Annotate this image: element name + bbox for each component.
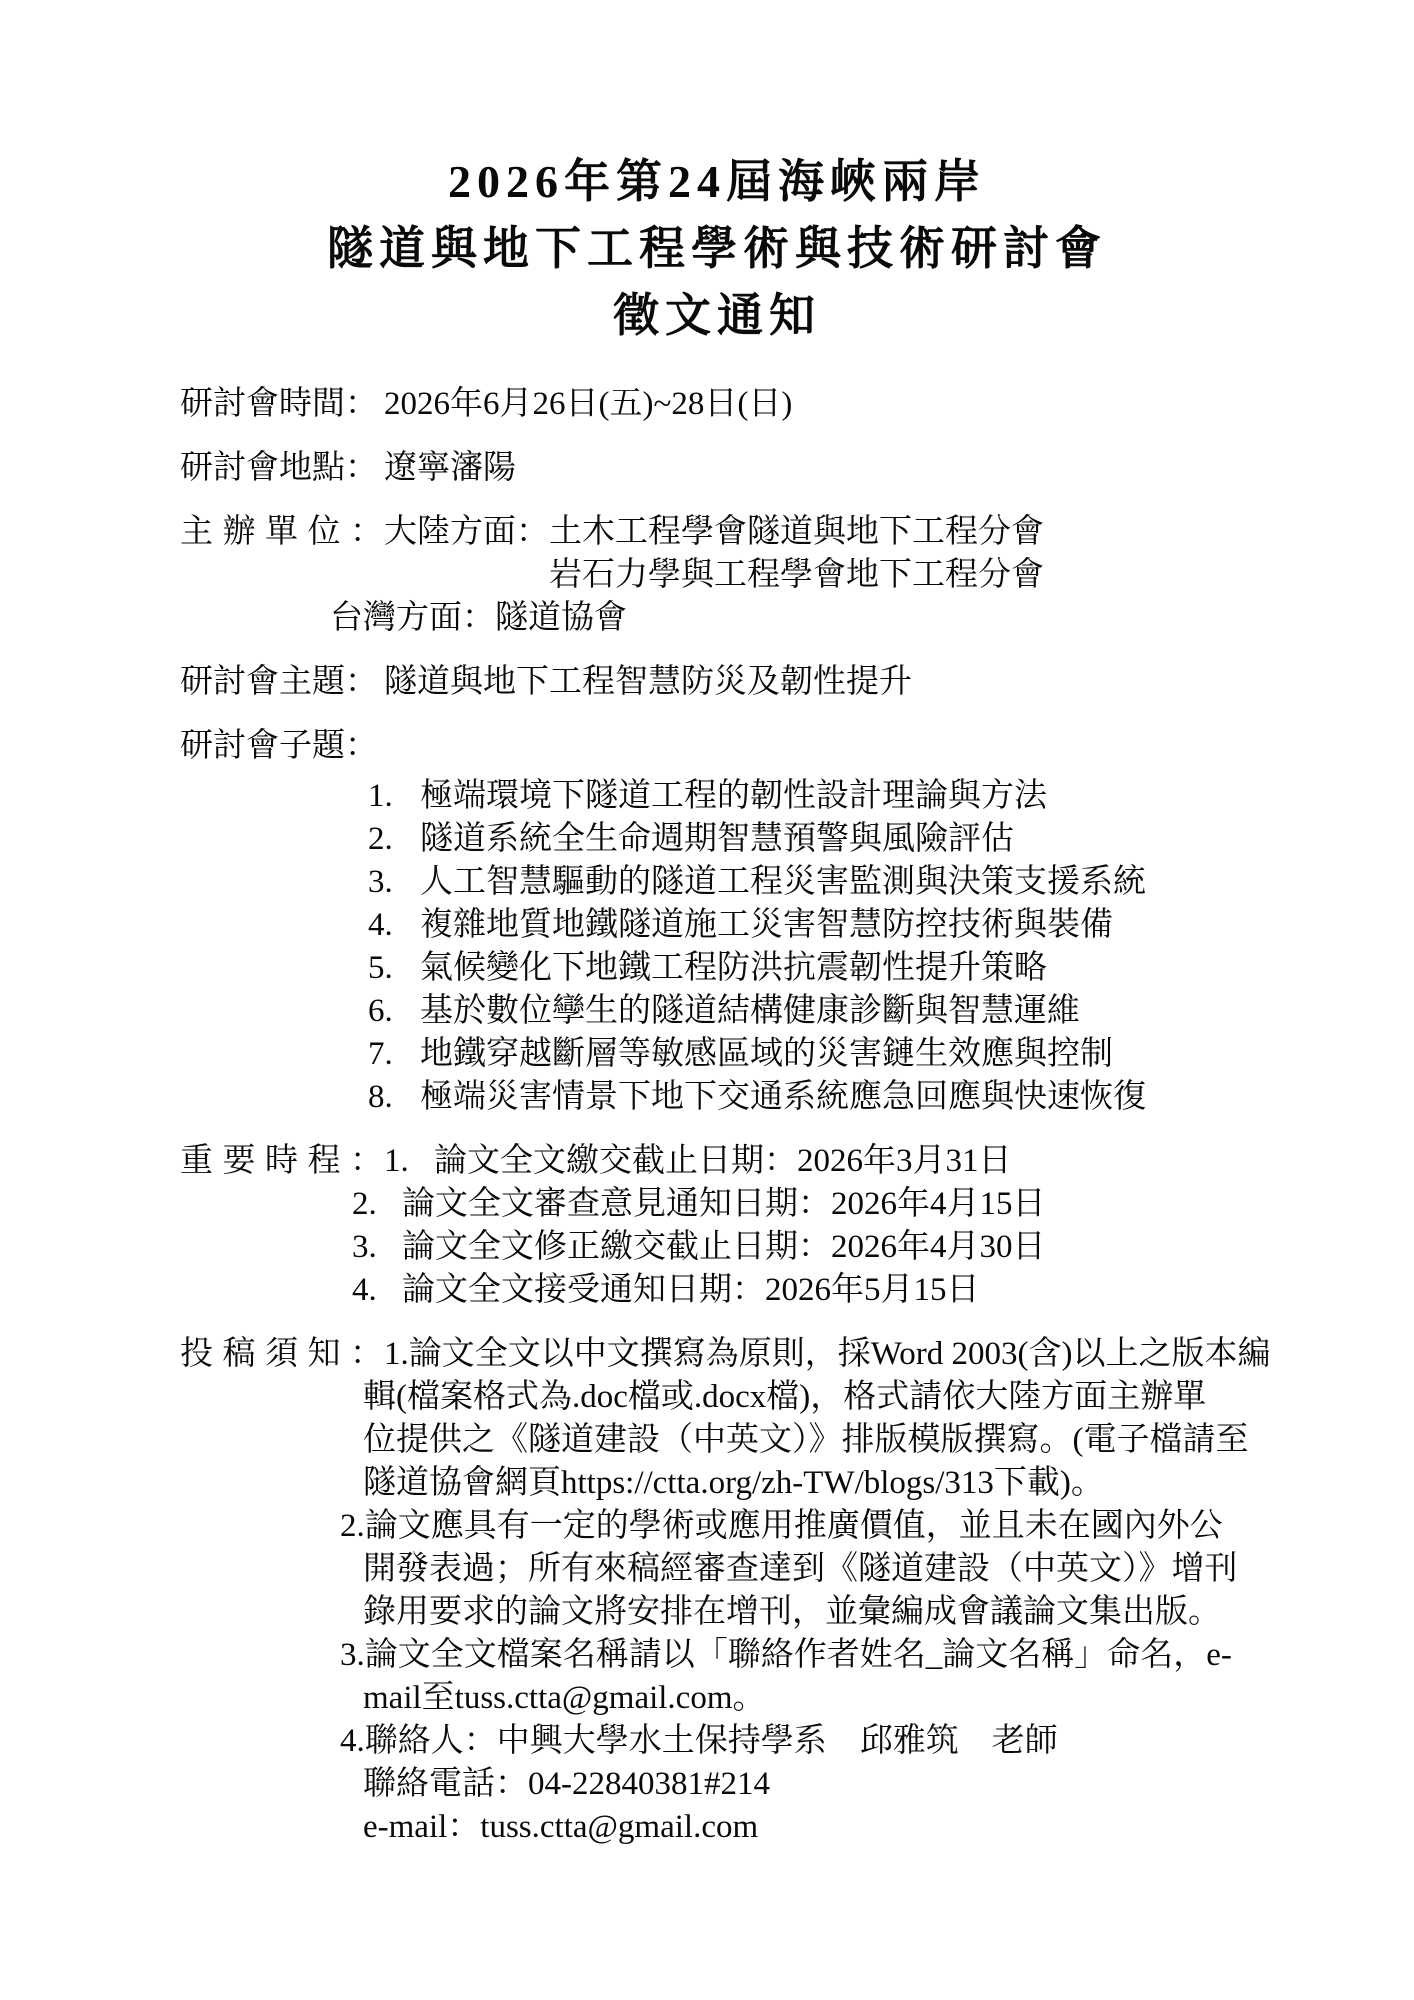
- schedule-text-4: 論文全文接受通知日期：2026年5月15日: [402, 1272, 980, 1308]
- subtopic-text-2: 隧道系統全生命週期智慧預警與風險評估: [420, 821, 1014, 857]
- subtopic-number-3: 3.: [368, 861, 420, 904]
- subtopic-item-5: 5.氣候變化下地鐵工程防洪抗震韌性提升策略: [368, 947, 1314, 990]
- subtopic-item-1: 1.極端環境下隧道工程的韌性設計理論與方法: [368, 775, 1314, 818]
- notes-row-10: 4.聯絡人：中興大學水土保持學系 邱雅筑 老師: [340, 1720, 1314, 1763]
- subtopics-section: 研討會子題： 1.極端環境下隧道工程的韌性設計理論與方法 2.隧道系統全生命週期…: [180, 725, 1314, 1119]
- notes-item1-line-1: 1.論文全文以中文撰寫為原則，採Word 2003(含)以上之版本編: [384, 1336, 1270, 1372]
- notes-item2-line-2: 開發表過；所有來稿經審查達到《隧道建設（中英文）》增刊: [363, 1551, 1238, 1587]
- notes-item4-line-3: e-mail：tuss.ctta@gmail.com: [363, 1809, 758, 1845]
- schedule-row-3: 3.論文全文修正繳交截止日期：2026年4月30日: [352, 1226, 1314, 1269]
- subtopic-number-5: 5.: [368, 947, 420, 990]
- subtopic-item-8: 8.極端災害情景下地下交通系統應急回應與快速恢復: [368, 1076, 1314, 1119]
- notes-item1-line-3: 位提供之《隧道建設（中英文）》排版模版撰寫。(電子檔請至: [363, 1422, 1249, 1458]
- schedule-row-2: 2.論文全文審查意見通知日期：2026年4月15日: [352, 1183, 1314, 1226]
- title-line-1: 2026年第24屆海峽兩岸: [180, 148, 1254, 215]
- schedule-text-3: 論文全文修正繳交截止日期：2026年4月30日: [402, 1229, 1046, 1265]
- subtopic-item-6: 6.基於數位孿生的隧道結構健康診斷與智慧運維: [368, 990, 1314, 1033]
- schedule-number-1: 1.: [384, 1140, 434, 1183]
- subtopic-text-5: 氣候變化下地鐵工程防洪抗震韌性提升策略: [420, 950, 1047, 986]
- subtopic-number-6: 6.: [368, 990, 420, 1033]
- theme-value: 隧道與地下工程智慧防災及韌性提升: [384, 664, 912, 700]
- notes-row-11: 聯絡電話：04-22840381#214: [363, 1763, 1314, 1806]
- subtopic-number-8: 8.: [368, 1076, 420, 1119]
- meeting-time-row: 研討會時間：2026年6月26日(五)~28日(日): [180, 383, 1314, 426]
- subtopics-label: 研討會子題：: [180, 725, 384, 768]
- notes-row-9: mail至tuss.ctta@gmail.com。: [363, 1677, 1314, 1720]
- document-body: 2026年第24屆海峽兩岸 隧道與地下工程學術與技術研討會 徵文通知 研討會時間…: [0, 0, 1414, 1849]
- notes-row-7: 錄用要求的論文將安排在增刊，並彙編成會議論文集出版。: [363, 1591, 1314, 1634]
- schedule-text-2: 論文全文審查意見通知日期：2026年4月15日: [402, 1186, 1046, 1222]
- notes-item3-line-1: 3.論文全文檔案名稱請以「聯絡作者姓名_論文名稱」命名，e-: [340, 1637, 1232, 1673]
- subtopic-item-4: 4.複雜地質地鐵隧道施工災害智慧防控技術與裝備: [368, 904, 1314, 947]
- notes-row-12: e-mail：tuss.ctta@gmail.com: [363, 1806, 1314, 1849]
- subtopic-number-2: 2.: [368, 818, 420, 861]
- theme-label: 研討會主題：: [180, 661, 384, 704]
- notes-item1-line-4: 隧道協會網頁https://ctta.org/zh-TW/blogs/313下載…: [363, 1465, 1104, 1501]
- schedule-number-2: 2.: [352, 1183, 402, 1226]
- meeting-place-row: 研討會地點：遼寧瀋陽: [180, 447, 1314, 490]
- document-page: 2026年第24屆海峽兩岸 隧道與地下工程學術與技術研討會 徵文通知 研討會時間…: [0, 0, 1414, 2000]
- organizers-mainland-label: 大陸方面：: [384, 511, 549, 554]
- subtopic-number-4: 4.: [368, 904, 420, 947]
- schedule-section: 重要時程：1.論文全文繳交截止日期：2026年3月31日 2.論文全文審查意見通…: [180, 1140, 1314, 1312]
- theme-row: 研討會主題：隧道與地下工程智慧防災及韌性提升: [180, 661, 1314, 704]
- schedule-number-3: 3.: [352, 1226, 402, 1269]
- meeting-time-section: 研討會時間：2026年6月26日(五)~28日(日): [180, 383, 1314, 426]
- meeting-place-value: 遼寧瀋陽: [384, 450, 516, 486]
- organizers-row-2: 岩石力學與工程學會地下工程分會: [549, 554, 1314, 597]
- meeting-time-value: 2026年6月26日(五)~28日(日): [384, 386, 792, 422]
- notes-item4-line-1: 4.聯絡人：中興大學水土保持學系 邱雅筑 老師: [340, 1723, 1058, 1759]
- notes-row-3: 位提供之《隧道建設（中英文）》排版模版撰寫。(電子檔請至: [363, 1419, 1314, 1462]
- organizers-mainland-line-1: 土木工程學會隧道與地下工程分會: [549, 514, 1044, 550]
- page-title: 2026年第24屆海峽兩岸 隧道與地下工程學術與技術研討會 徵文通知: [180, 148, 1254, 349]
- theme-section: 研討會主題：隧道與地下工程智慧防災及韌性提升: [180, 661, 1314, 704]
- subtopic-number-7: 7.: [368, 1033, 420, 1076]
- meeting-place-section: 研討會地點：遼寧瀋陽: [180, 447, 1314, 490]
- schedule-text-1: 論文全文繳交截止日期：2026年3月31日: [434, 1143, 1012, 1179]
- subtopic-text-8: 極端災害情景下地下交通系統應急回應與快速恢復: [420, 1079, 1146, 1115]
- notes-item4-line-2: 聯絡電話：04-22840381#214: [363, 1766, 770, 1802]
- schedule-row-1: 重要時程：1.論文全文繳交截止日期：2026年3月31日: [180, 1140, 1314, 1183]
- meeting-place-label: 研討會地點：: [180, 447, 384, 490]
- organizers-taiwan-value: 隧道協會: [495, 600, 627, 636]
- notes-row-4: 隧道協會網頁https://ctta.org/zh-TW/blogs/313下載…: [363, 1462, 1314, 1505]
- notes-label: 投稿須知：: [180, 1333, 384, 1376]
- subtopic-item-3: 3.人工智慧驅動的隧道工程災害監測與決策支援系統: [368, 861, 1314, 904]
- title-line-2: 隧道與地下工程學術與技術研討會: [180, 215, 1254, 282]
- organizers-label: 主辦單位：: [180, 511, 384, 554]
- notes-item2-line-1: 2.論文應具有一定的學術或應用推廣價值，並且未在國內外公: [340, 1508, 1223, 1544]
- notes-row-1: 投稿須知：1.論文全文以中文撰寫為原則，採Word 2003(含)以上之版本編: [180, 1333, 1314, 1376]
- subtopic-text-6: 基於數位孿生的隧道結構健康診斷與智慧運維: [420, 993, 1080, 1029]
- organizers-row-3: 台灣方面：隧道協會: [330, 597, 1314, 640]
- notes-item3-line-2: mail至tuss.ctta@gmail.com。: [363, 1680, 766, 1716]
- organizers-taiwan-label: 台灣方面：: [330, 597, 495, 640]
- title-line-3: 徵文通知: [180, 282, 1254, 349]
- subtopic-number-1: 1.: [368, 775, 420, 818]
- schedule-row-4: 4.論文全文接受通知日期：2026年5月15日: [352, 1269, 1314, 1312]
- organizers-section: 主辦單位：大陸方面：土木工程學會隧道與地下工程分會 岩石力學與工程學會地下工程分…: [180, 511, 1314, 640]
- subtopic-text-4: 複雜地質地鐵隧道施工災害智慧防控技術與裝備: [420, 907, 1113, 943]
- organizers-row-1: 主辦單位：大陸方面：土木工程學會隧道與地下工程分會: [180, 511, 1314, 554]
- organizers-mainland-line-2: 岩石力學與工程學會地下工程分會: [549, 557, 1044, 593]
- notes-item1-line-2: 輯(檔案格式為.doc檔或.docx檔)，格式請依大陸方面主辦單: [363, 1379, 1206, 1415]
- subtopic-text-1: 極端環境下隧道工程的韌性設計理論與方法: [420, 778, 1047, 814]
- notes-row-8: 3.論文全文檔案名稱請以「聯絡作者姓名_論文名稱」命名，e-: [340, 1634, 1314, 1677]
- notes-row-2: 輯(檔案格式為.doc檔或.docx檔)，格式請依大陸方面主辦單: [363, 1376, 1314, 1419]
- subtopic-item-7: 7.地鐵穿越斷層等敏感區域的災害鏈生效應與控制: [368, 1033, 1314, 1076]
- schedule-number-4: 4.: [352, 1269, 402, 1312]
- schedule-label: 重要時程：: [180, 1140, 384, 1183]
- subtopics-header: 研討會子題：: [180, 725, 1314, 768]
- notes-row-5: 2.論文應具有一定的學術或應用推廣價值，並且未在國內外公: [340, 1505, 1314, 1548]
- subtopic-text-7: 地鐵穿越斷層等敏感區域的災害鏈生效應與控制: [420, 1036, 1113, 1072]
- subtopic-item-2: 2.隧道系統全生命週期智慧預警與風險評估: [368, 818, 1314, 861]
- notes-row-6: 開發表過；所有來稿經審查達到《隧道建設（中英文）》增刊: [363, 1548, 1314, 1591]
- notes-item2-line-3: 錄用要求的論文將安排在增刊，並彙編成會議論文集出版。: [363, 1594, 1221, 1630]
- notes-section: 投稿須知：1.論文全文以中文撰寫為原則，採Word 2003(含)以上之版本編 …: [180, 1333, 1314, 1849]
- meeting-time-label: 研討會時間：: [180, 383, 384, 426]
- subtopic-text-3: 人工智慧驅動的隧道工程災害監測與決策支援系統: [420, 864, 1146, 900]
